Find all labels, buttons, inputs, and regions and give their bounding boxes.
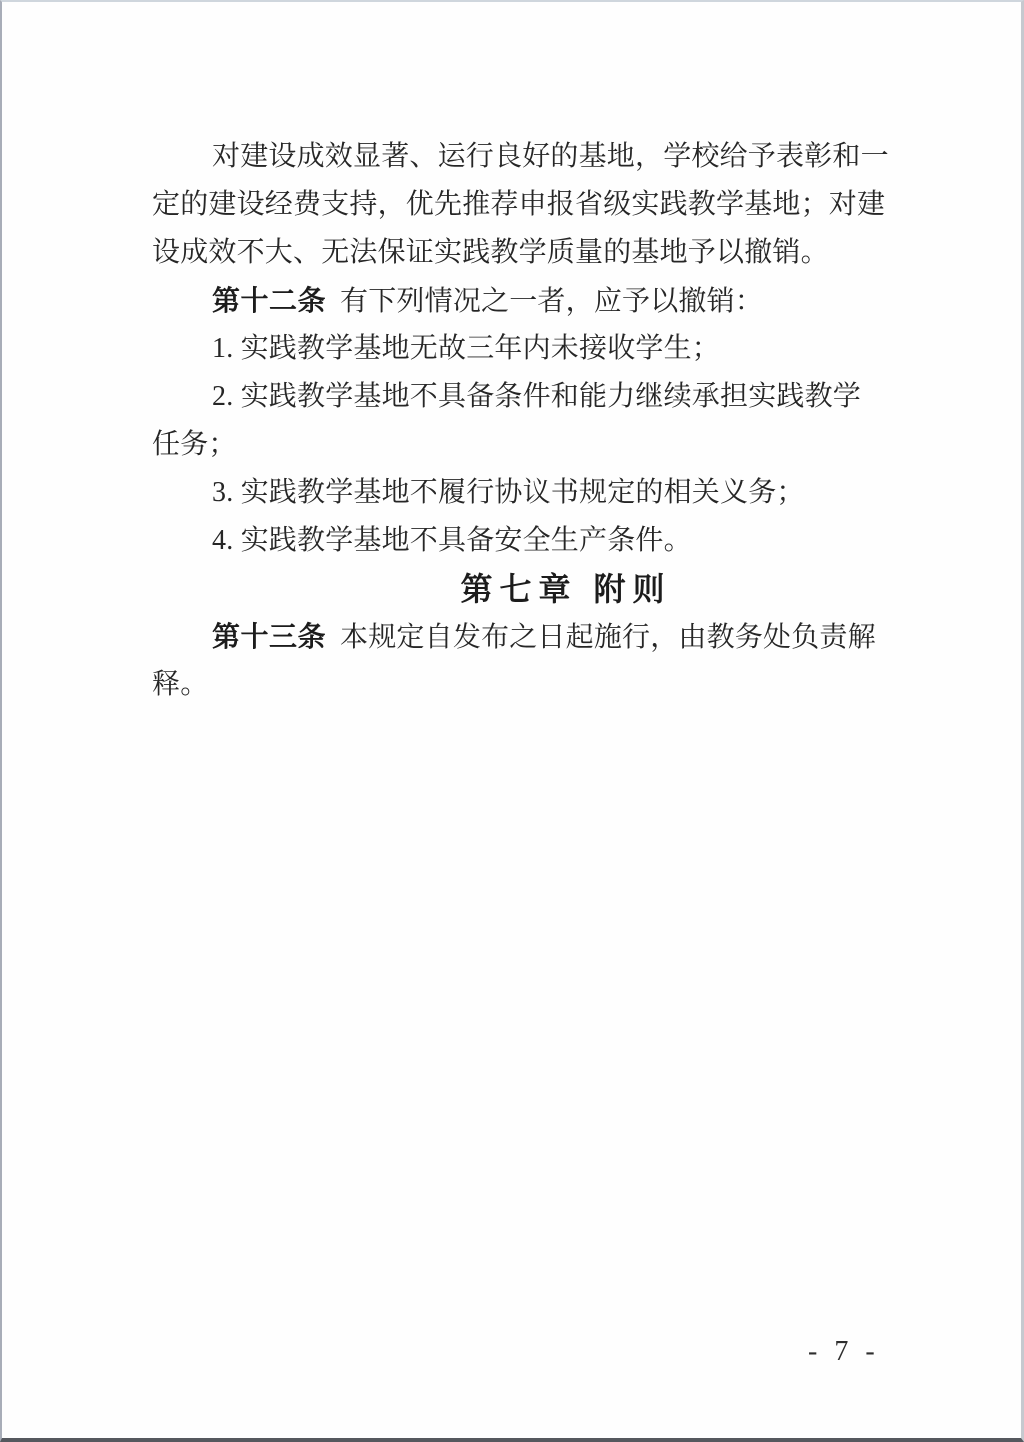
article-number: 第十二条 [212,285,326,316]
document-body: 对建设成效显著、运行良好的基地，学校给予表彰和一 定的建设经费支持，优先推荐申报… [152,133,892,709]
text-line: 1. 实践教学基地无故三年内未接收学生； [152,325,892,373]
line-text: 有下列情况之一者，应予以撤销： [340,286,763,317]
text-line: 4. 实践教学基地不具备安全生产条件。 [152,517,892,565]
line-text: 2. 实践教学基地不具备条件和能力继续承担实践教学 [212,381,861,412]
line-text: 3. 实践教学基地不履行协议书规定的相关义务； [212,477,805,508]
line-text: 释。 [152,669,208,700]
text-line: 第十三条本规定自发布之日起施行，由教务处负责解 [152,613,892,661]
line-text: 本规定自发布之日起施行，由教务处负责解 [340,622,876,653]
text-line: 2. 实践教学基地不具备条件和能力继续承担实践教学 [152,373,892,421]
line-text: 任务； [152,429,237,460]
text-line: 任务； [152,421,892,469]
text-line: 设成效不大、无法保证实践教学质量的基地予以撤销。 [152,229,892,277]
text-line: 对建设成效显著、运行良好的基地，学校给予表彰和一 [152,133,892,181]
text-line: 释。 [152,661,892,709]
line-text: 第七章 附则 [461,571,672,607]
text-line: 定的建设经费支持，优先推荐申报省级实践教学基地；对建 [152,181,892,229]
document-page: 对建设成效显著、运行良好的基地，学校给予表彰和一 定的建设经费支持，优先推荐申报… [0,0,1024,1442]
line-text: 1. 实践教学基地无故三年内未接收学生； [212,333,720,364]
article-number: 第十三条 [212,621,326,652]
line-text: 4. 实践教学基地不具备安全生产条件。 [212,525,692,556]
page-number: - 7 - [808,1335,880,1369]
chapter-heading: 第七章 附则 [196,565,936,613]
line-text: 对建设成效显著、运行良好的基地，学校给予表彰和一 [212,141,889,172]
text-line: 第十二条有下列情况之一者，应予以撤销： [152,277,892,325]
line-text: 设成效不大、无法保证实践教学质量的基地予以撤销。 [152,237,829,268]
text-line: 3. 实践教学基地不履行协议书规定的相关义务； [152,469,892,517]
line-text: 定的建设经费支持，优先推荐申报省级实践教学基地；对建 [152,189,885,220]
